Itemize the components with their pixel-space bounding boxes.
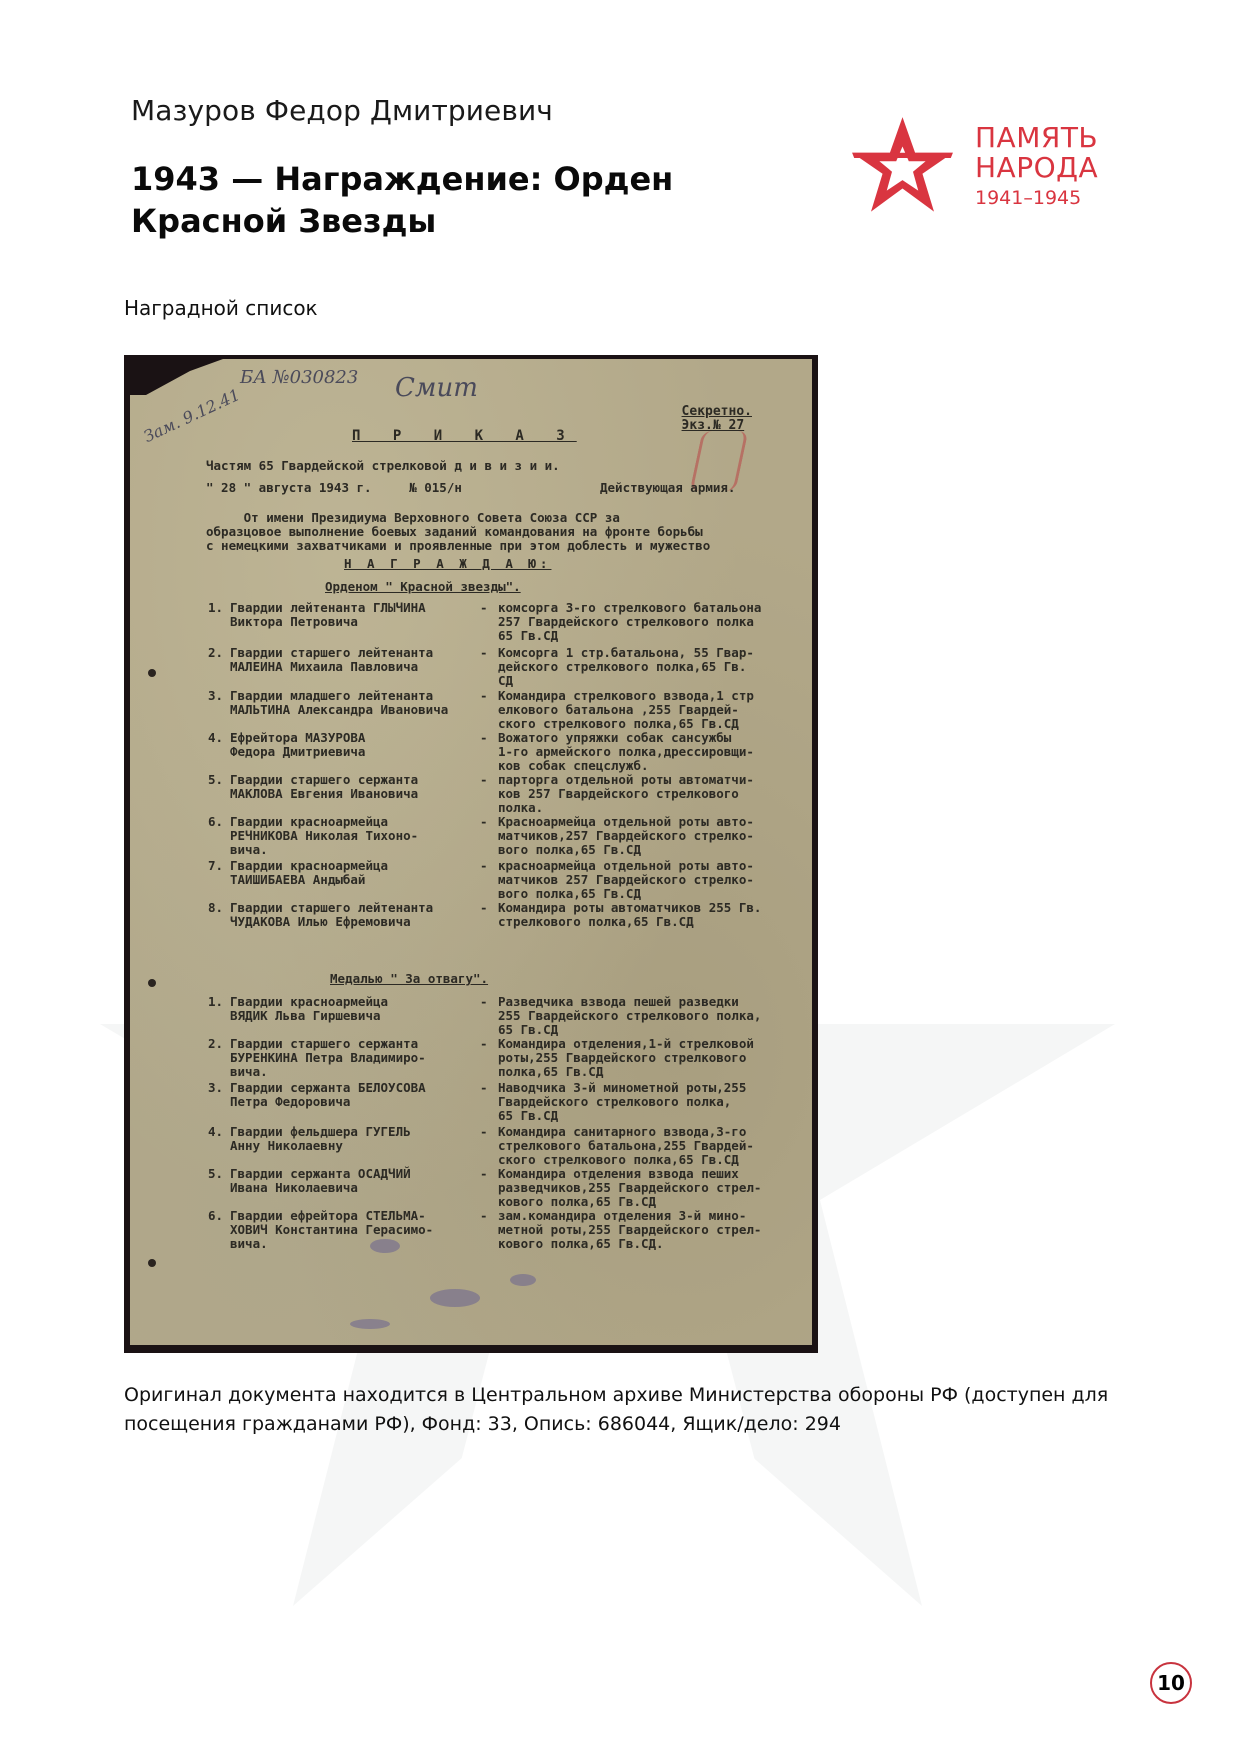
entry-dash: -	[480, 773, 488, 787]
entry-position: красноармейца отдельной роты авто- матчи…	[498, 859, 818, 901]
award-heading: Н А Г Р А Ж Д А Ю:	[344, 557, 551, 571]
entry-position: Комсорга 1 стр.батальона, 55 Гвар- дейск…	[498, 646, 818, 688]
entry-number: 1.	[208, 995, 230, 1009]
section-heading-for-courage: Медалью " За отвагу".	[330, 972, 488, 986]
entry-awardee: Гвардии фельдшера ГУГЕЛЬ Анну Николаевну	[230, 1125, 480, 1153]
entry-awardee: Гвардии лейтенанта ГЛЫЧИНА Виктора Петро…	[230, 601, 480, 629]
entry-awardee: Гвардии старшего лейтенанта МАЛЕИНА Миха…	[230, 646, 480, 674]
handwritten-note: Зам. 9.12.41	[142, 388, 242, 445]
entry-awardee: Гвардии красноармейца ВЯДИК Льва Гиршеви…	[230, 995, 480, 1023]
preamble-line-2: образцовое выполнение боевых заданий ком…	[206, 525, 703, 539]
punch-hole	[148, 979, 156, 987]
torn-corner	[124, 355, 234, 395]
entry-dash: -	[480, 901, 488, 915]
preamble-line-3: с немецкими захватчиками и проявленные п…	[206, 539, 710, 553]
entry-position: Командира роты автоматчиков 255 Гв. стре…	[498, 901, 818, 929]
entry-awardee: Гвардии старшего сержанта МАКЛОВА Евгени…	[230, 773, 480, 801]
entry-awardee: Гвардии старшего сержанта БУРЕНКИНА Петр…	[230, 1037, 480, 1079]
ink-stain	[350, 1319, 390, 1329]
entry-position: комсорга 3-го стрелкового батальона 257 …	[498, 601, 818, 643]
logo-years: 1941–1945	[975, 185, 1098, 211]
entry-dash: -	[480, 601, 488, 615]
document-type-label: Наградной список	[124, 296, 318, 320]
order-title: П Р И К А З	[352, 429, 577, 443]
punch-hole	[148, 669, 156, 677]
entry-number: 5.	[208, 1167, 230, 1181]
entry-dash: -	[480, 995, 488, 1009]
logo-line-2: НАРОДА	[975, 153, 1098, 183]
section-heading-red-star: Орденом " Красной звезды".	[325, 580, 521, 594]
punch-hole	[148, 1259, 156, 1267]
archive-source-caption: Оригинал документа находится в Центральн…	[124, 1381, 1124, 1439]
entry-number: 2.	[208, 1037, 230, 1051]
entry-number: 1.	[208, 601, 230, 615]
army-line: Действующая армия.	[600, 481, 735, 495]
entry-position: парторга отдельной роты автоматчи- ков 2…	[498, 773, 818, 815]
document-paper: БА №030823 Смит Зам. 9.12.41 Секретно. Э…	[130, 359, 812, 1345]
archival-document-scan[interactable]: БА №030823 Смит Зам. 9.12.41 Секретно. Э…	[124, 355, 818, 1353]
entry-dash: -	[480, 731, 488, 745]
entry-dash: -	[480, 1125, 488, 1139]
entry-position: Разведчика взвода пешей разведки 255 Гва…	[498, 995, 818, 1037]
entry-awardee: Гвардии сержанта ОСАДЧИЙ Ивана Николаеви…	[230, 1167, 480, 1195]
page-title: 1943 — Награждение: Орден Красной Звезды	[131, 158, 751, 242]
entry-awardee: Ефрейтора МАЗУРОВА Федора Дмитриевича	[230, 731, 480, 759]
entry-position: Командира отделения,1-й стрелковой роты,…	[498, 1037, 818, 1079]
date-line: " 28 " августа 1943 г. № 015/н	[206, 481, 462, 495]
entry-dash: -	[480, 859, 488, 873]
entry-position: Красноармейца отдельной роты авто- матчи…	[498, 815, 818, 857]
secret-stamp: Секретно. Экз.№ 27	[682, 405, 752, 433]
ink-stain	[430, 1289, 480, 1307]
entry-number: 2.	[208, 646, 230, 660]
ink-stain	[370, 1239, 400, 1253]
entry-number: 6.	[208, 815, 230, 829]
entry-position: Командира стрелкового взвода,1 стр елков…	[498, 689, 818, 731]
entry-position: зам.командира отделения 3-й мино- метной…	[498, 1209, 818, 1251]
pamyat-naroda-logo[interactable]: ПАМЯТЬ НАРОДА 1941–1945	[850, 115, 1130, 220]
entry-dash: -	[480, 689, 488, 703]
entry-awardee: Гвардии младшего лейтенанта МАЛЬТИНА Але…	[230, 689, 480, 717]
entry-position: Вожатого упряжки собак сансужбы 1-го арм…	[498, 731, 818, 773]
secret-label: Секретно.	[682, 405, 752, 419]
handwritten-signature: Смит	[395, 381, 478, 395]
entry-number: 6.	[208, 1209, 230, 1223]
entry-number: 5.	[208, 773, 230, 787]
entry-position: Командира санитарного взвода,3-го стрелк…	[498, 1125, 818, 1167]
entry-position: Наводчика 3-й минометной роты,255 Гварде…	[498, 1081, 818, 1123]
entry-dash: -	[480, 815, 488, 829]
entry-dash: -	[480, 1037, 488, 1051]
entry-dash: -	[480, 1209, 488, 1223]
entry-awardee: Гвардии красноармейца ТАИШИБАЕВА Андыбай	[230, 859, 480, 887]
entry-awardee: Гвардии старшего лейтенанта ЧУДАКОВА Иль…	[230, 901, 480, 929]
entry-dash: -	[480, 1081, 488, 1095]
logo-line-1: ПАМЯТЬ	[975, 123, 1098, 153]
entry-number: 4.	[208, 1125, 230, 1139]
entry-position: Командира отделения взвода пеших разведч…	[498, 1167, 818, 1209]
entry-awardee: Гвардии ефрейтора СТЕЛЬМА- ХОВИЧ Констан…	[230, 1209, 480, 1251]
entry-dash: -	[480, 1167, 488, 1181]
entry-number: 7.	[208, 859, 230, 873]
entry-awardee: Гвардии сержанта БЕЛОУСОВА Петра Федоров…	[230, 1081, 480, 1109]
entry-number: 4.	[208, 731, 230, 745]
preamble-line-1: От имени Президиума Верховного Совета Со…	[206, 511, 620, 525]
unit-line: Частям 65 Гвардейской стрелковой д и в и…	[206, 459, 560, 473]
red-star-icon	[850, 115, 955, 220]
entry-awardee: Гвардии красноармейца РЕЧНИКОВА Николая …	[230, 815, 480, 857]
page-number: 10	[1150, 1662, 1192, 1704]
entry-number: 8.	[208, 901, 230, 915]
handwritten-number: БА №030823	[240, 371, 358, 385]
person-name: Мазуров Федор Дмитриевич	[131, 94, 553, 127]
entry-number: 3.	[208, 1081, 230, 1095]
entry-number: 3.	[208, 689, 230, 703]
entry-dash: -	[480, 646, 488, 660]
ink-stain	[510, 1274, 536, 1286]
